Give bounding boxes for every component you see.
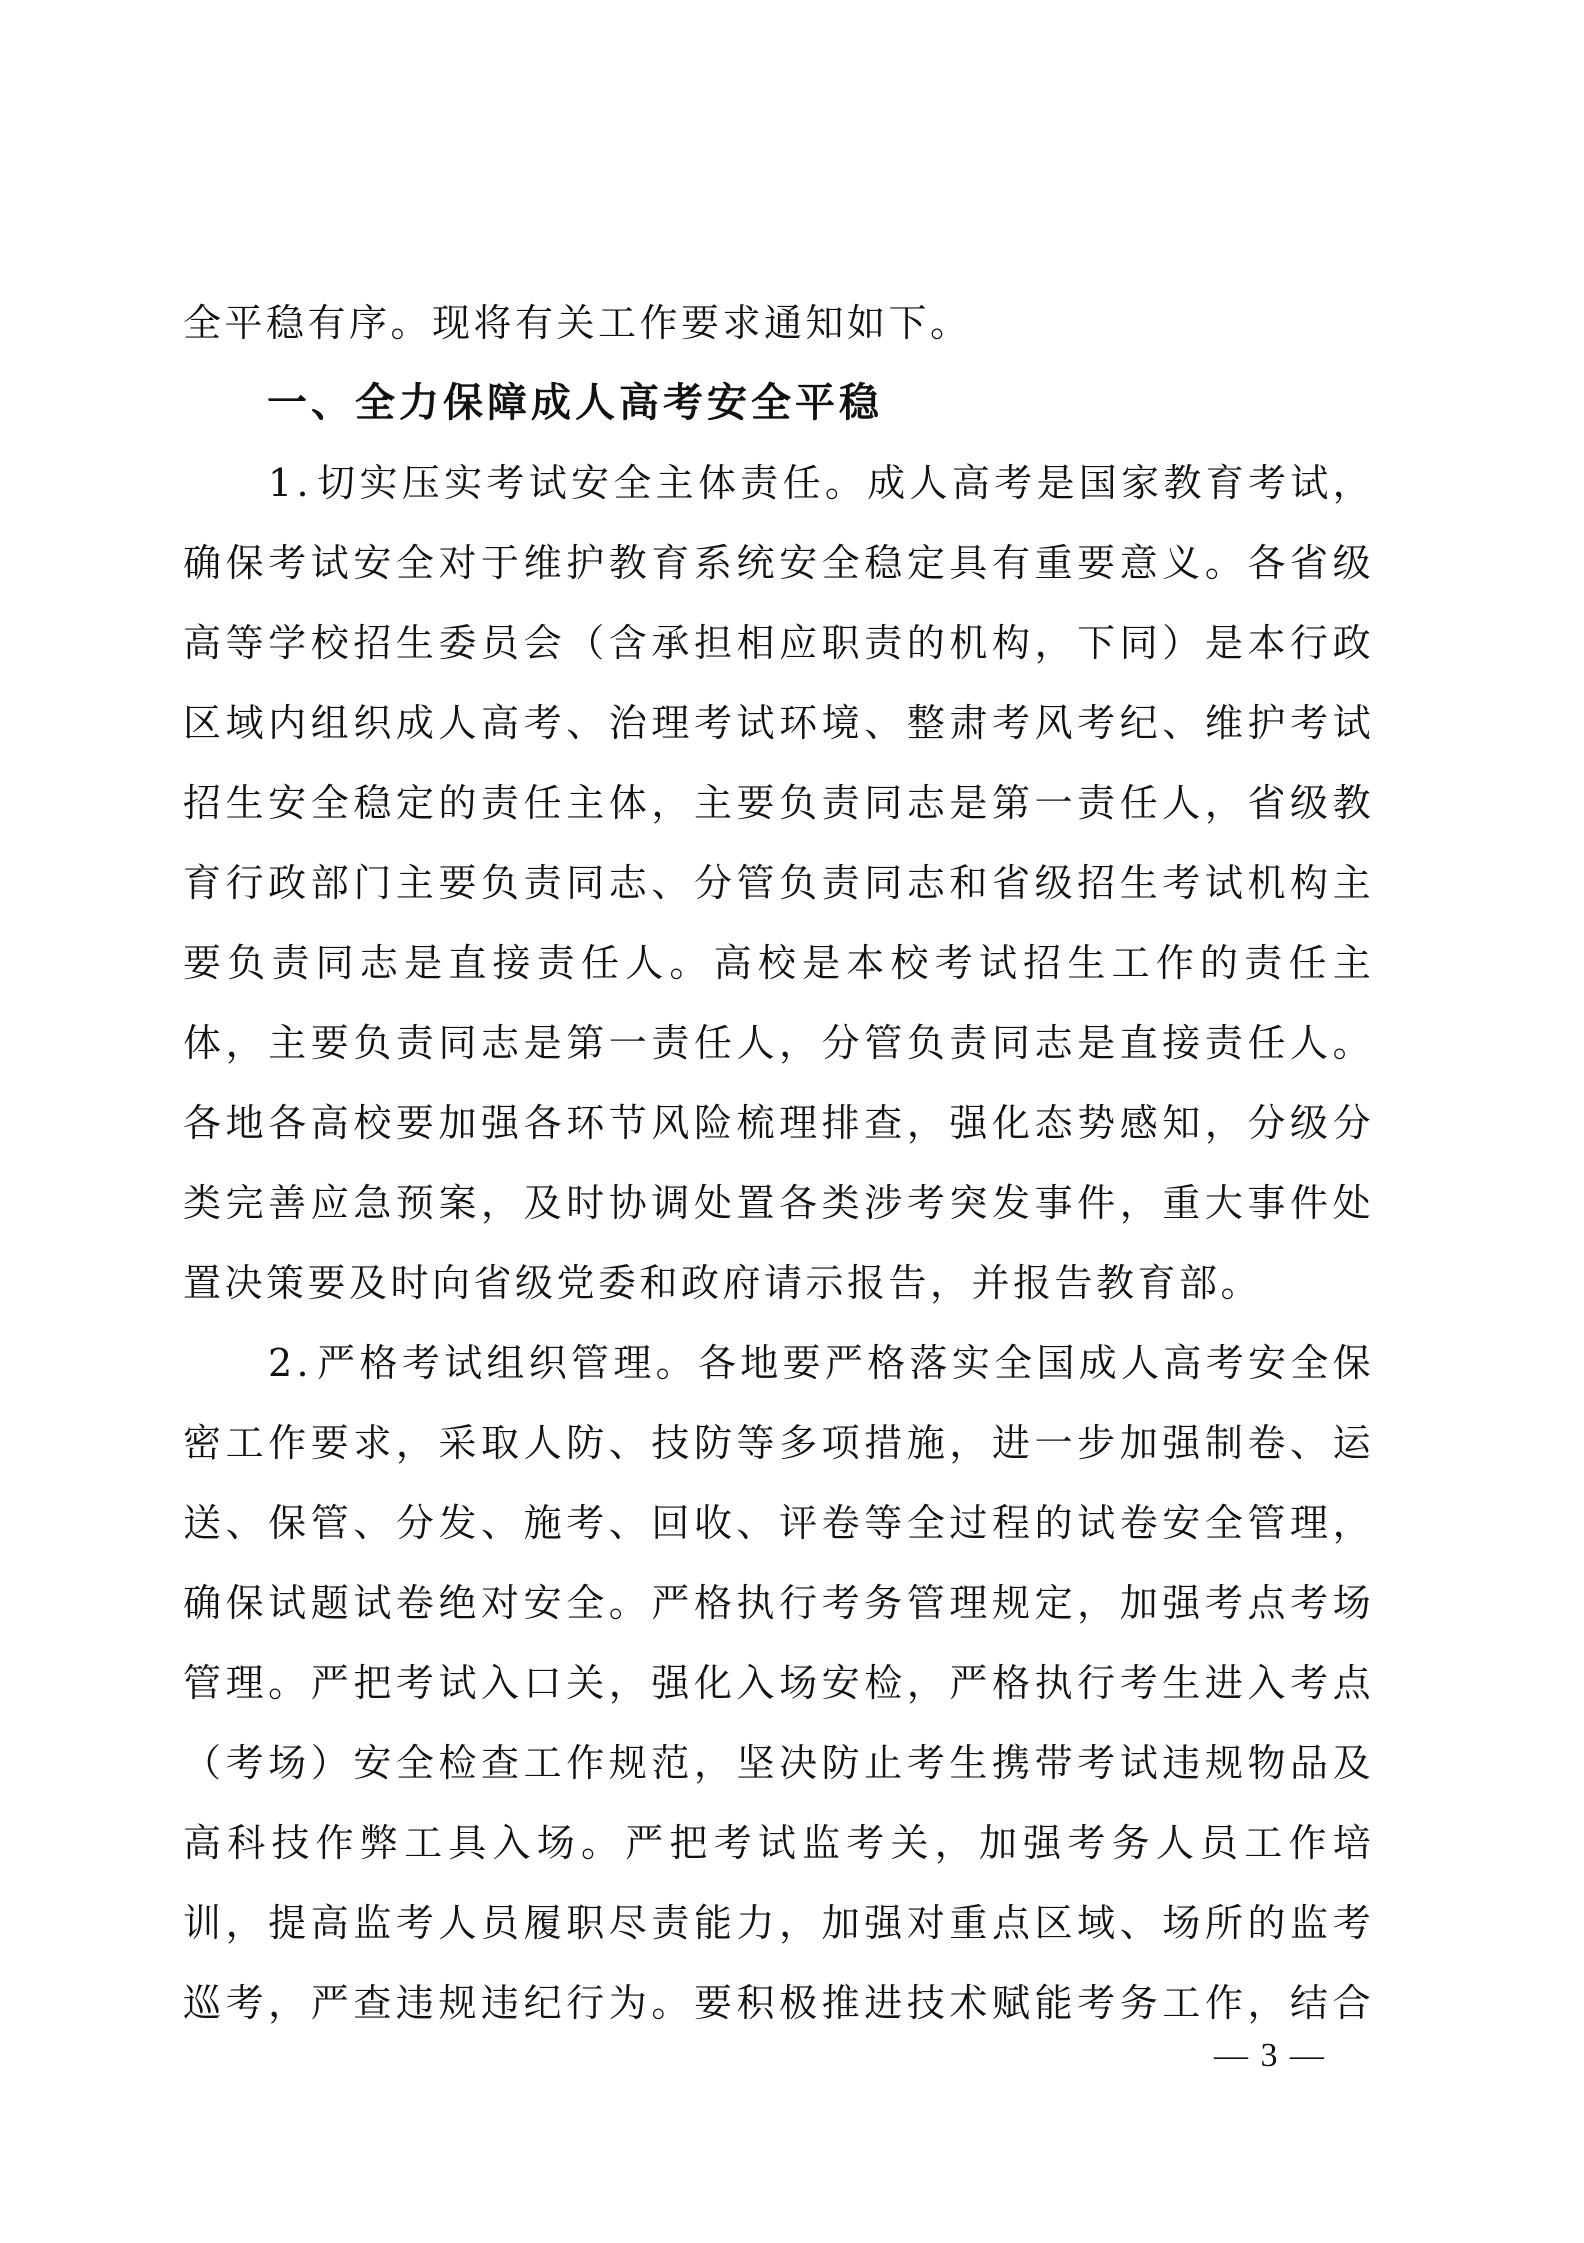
paragraph-line: 送、保管、分发、施考、回收、评卷等全过程的试卷安全管理， <box>183 1483 1371 1563</box>
paragraph-line: 要负责同志是直接责任人。高校是本校考试招生工作的责任主 <box>183 923 1371 1003</box>
paragraph-line: 管理。严把考试入口关，强化入场安检，严格执行考生进入考点 <box>183 1643 1371 1723</box>
paragraph-line: 各地各高校要加强各环节风险梳理排查，强化态势感知，分级分 <box>183 1083 1371 1163</box>
paragraph-line: 1. 切实压实考试安全主体责任。成人高考是国家教育考试， <box>268 443 1371 523</box>
paragraph-line: 体，主要负责同志是第一责任人，分管负责同志是直接责任人。 <box>183 1003 1371 1083</box>
paragraph-line: （考场）安全检查工作规范，坚决防止考生携带考试违规物品及 <box>183 1723 1371 1803</box>
paragraph-line: 高科技作弊工具入场。严把考试监考关，加强考务人员工作培 <box>183 1803 1371 1883</box>
paragraph-line: 密工作要求，采取人防、技防等多项措施，进一步加强制卷、运 <box>183 1403 1371 1483</box>
paragraph-line: 训，提高监考人员履职尽责能力，加强对重点区域、场所的监考 <box>183 1883 1371 1963</box>
paragraph-line: 区域内组织成人高考、治理考试环境、整肃考风考纪、维护考试 <box>183 683 1371 763</box>
paragraph-line: 巡考，严查违规违纪行为。要积极推进技术赋能考务工作，结合 <box>183 1963 1371 2043</box>
section-heading: 一、全力保障成人高考安全平稳 <box>267 363 883 443</box>
paragraph-line: 育行政部门主要负责同志、分管负责同志和省级招生考试机构主 <box>183 843 1371 923</box>
paragraph-line: 确保考试安全对于维护教育系统安全稳定具有重要意义。各省级 <box>183 523 1371 603</box>
paragraph-line: 招生安全稳定的责任主体，主要负责同志是第一责任人，省级教 <box>183 763 1371 843</box>
paragraph-line: 高等学校招生委员会（含承担相应职责的机构，下同）是本行政 <box>183 603 1371 683</box>
paragraph-line: 确保试题试卷绝对安全。严格执行考务管理规定，加强考点考场 <box>183 1563 1371 1643</box>
paragraph-line: 置决策要及时向省级党委和政府请示报告，并报告教育部。 <box>183 1243 1371 1323</box>
document-page: 全平稳有序。现将有关工作要求通知如下。 一、全力保障成人高考安全平稳 1. 切实… <box>0 0 1584 2243</box>
paragraph-line: 2. 严格考试组织管理。各地要严格落实全国成人高考安全保 <box>268 1323 1371 1403</box>
page-number: — 3 — <box>1200 2032 1340 2080</box>
paragraph-line: 类完善应急预案，及时协调处置各类涉考突发事件，重大事件处 <box>183 1163 1371 1243</box>
intro-continuation-line: 全平稳有序。现将有关工作要求通知如下。 <box>183 283 1371 363</box>
